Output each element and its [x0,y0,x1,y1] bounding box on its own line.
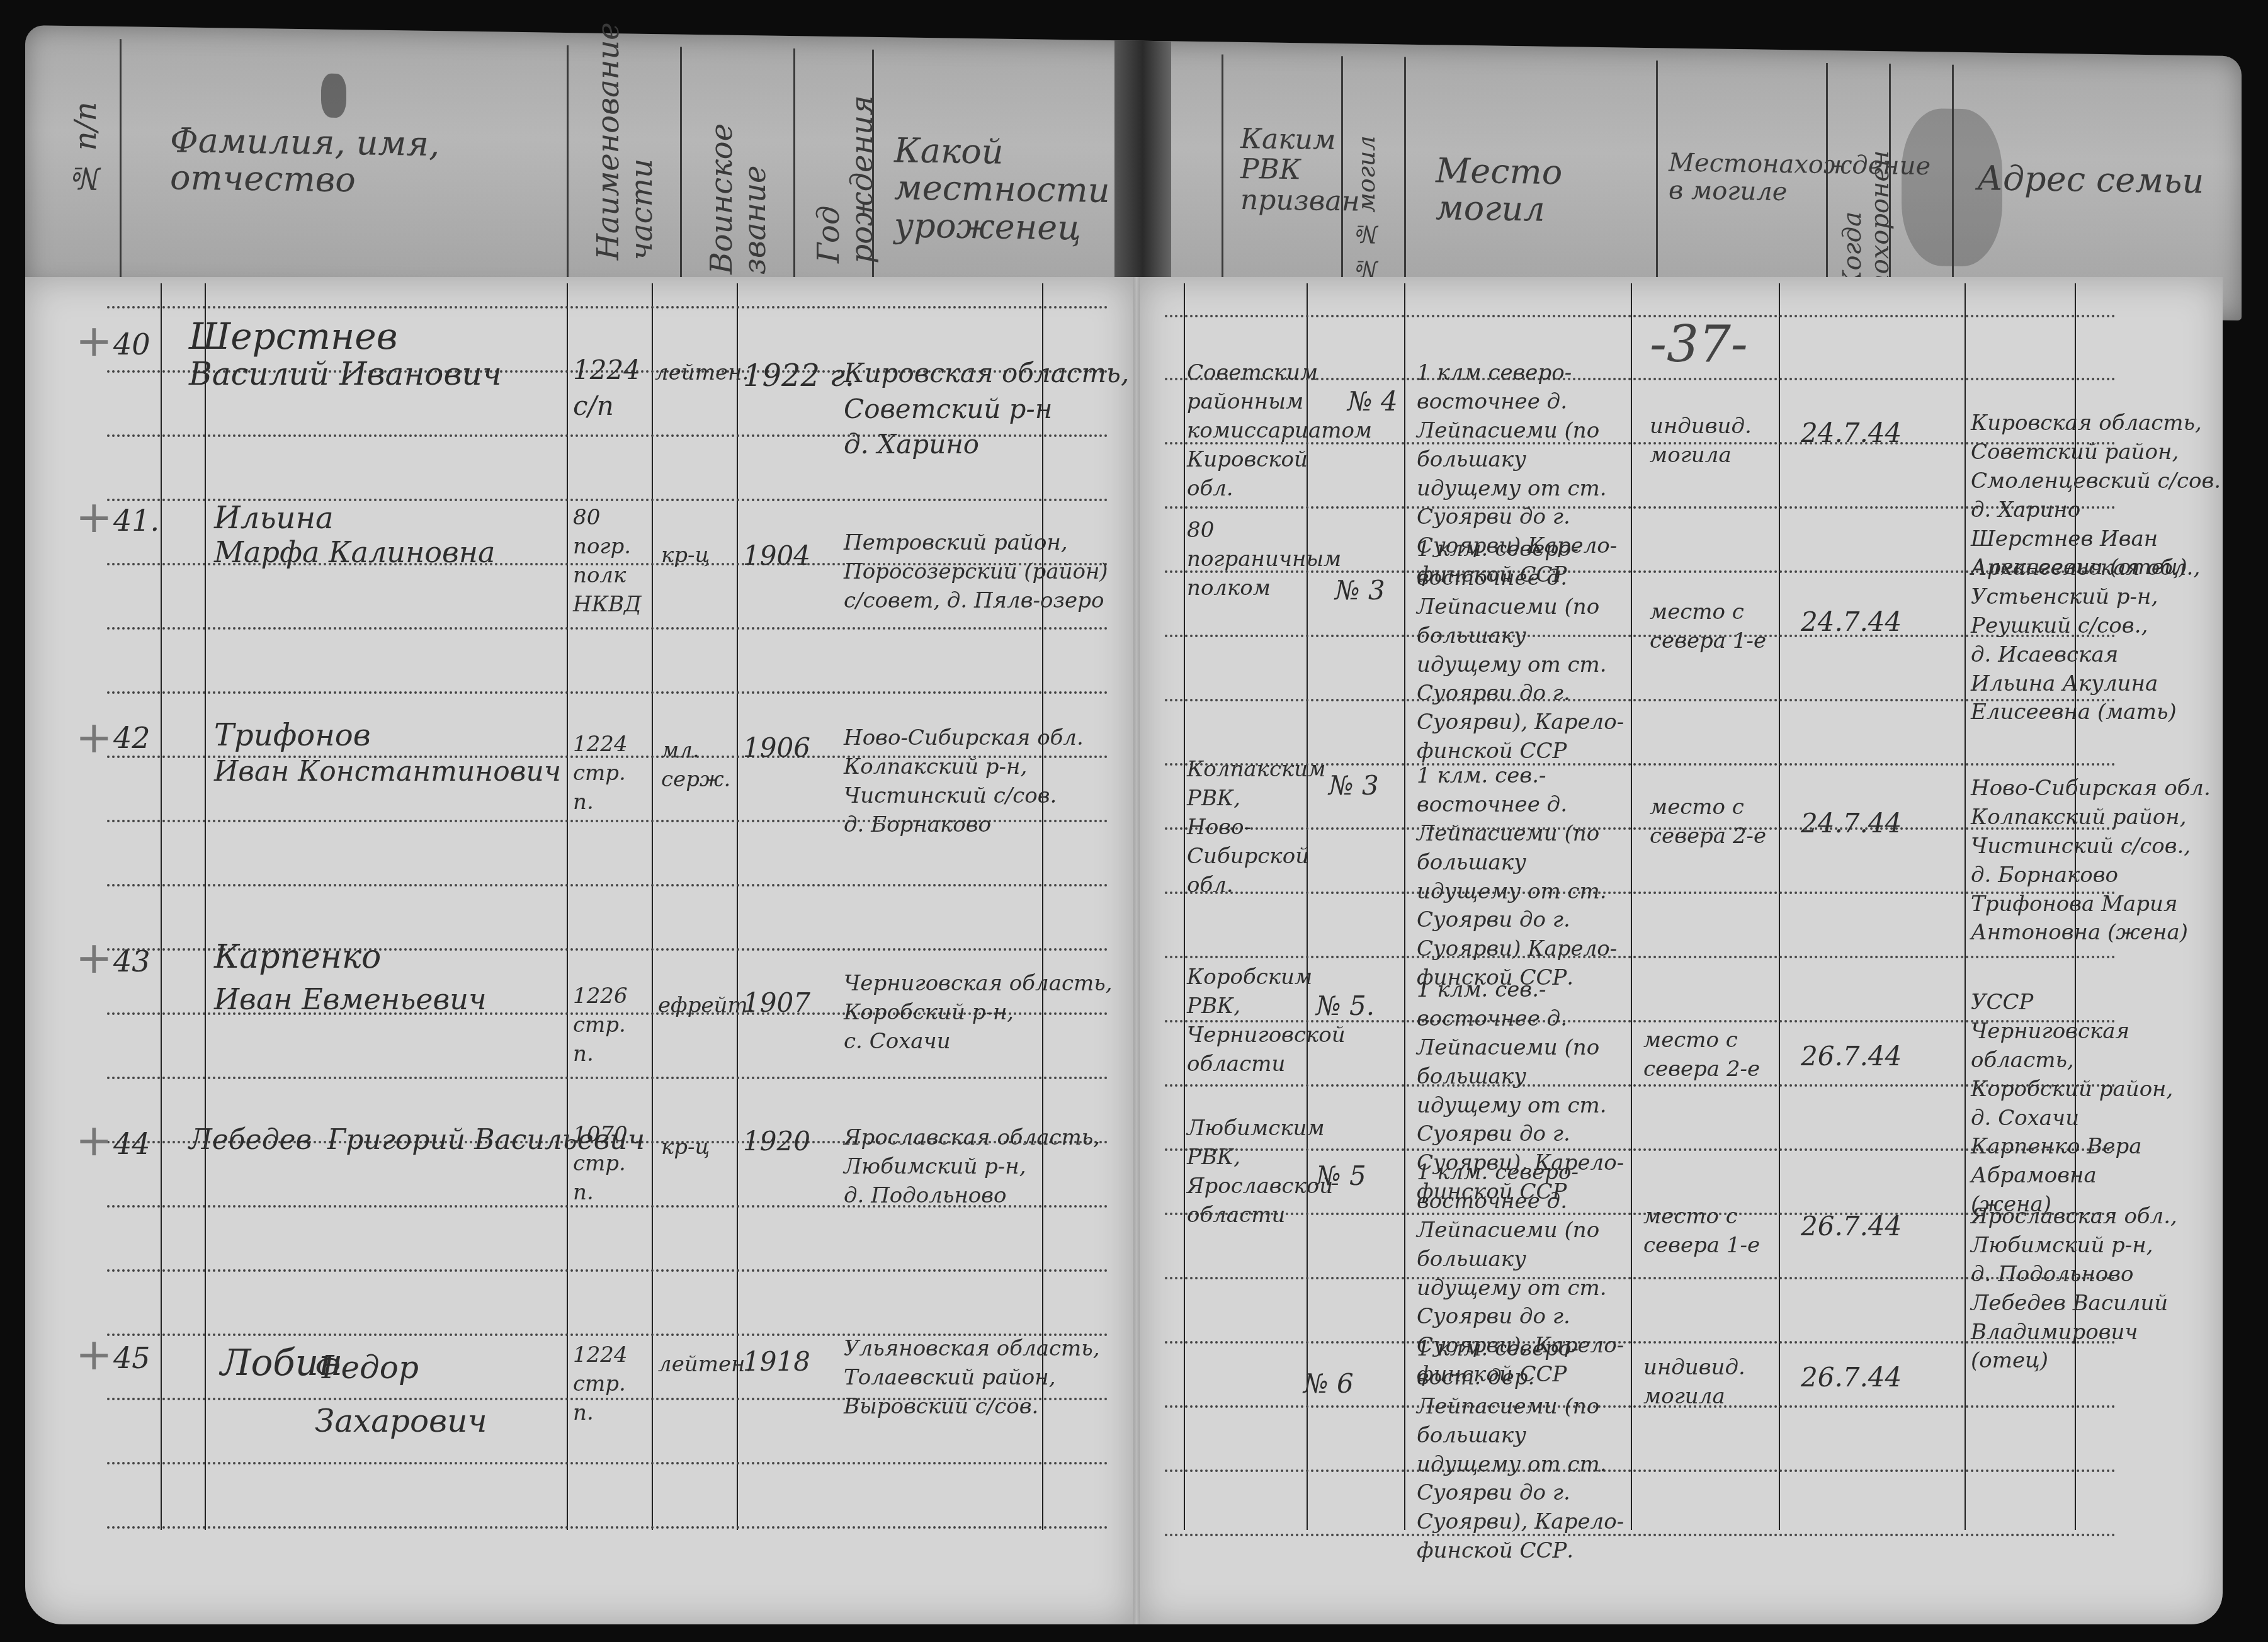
rank: мл. серж. [661,737,724,795]
grave-number: № 4 [1347,384,1398,420]
header-grave-place: Место могил [1436,152,1637,229]
ink-stain [321,74,346,118]
header-origin: Какой местности уроженец [894,132,1121,247]
burial-date: 26.7.44 [1801,1039,1902,1075]
pencil-cross-mark: + [76,932,113,983]
given-names: Василий Иванович [189,356,502,392]
unit: 1224 стр. п. [573,730,649,817]
pencil-cross-mark: + [76,491,113,543]
family-address: Ярославская обл., Любимский р-н, д. Подо… [1971,1203,2235,1376]
burial-date: 24.7.44 [1801,806,1902,842]
header-rvk: Каким РВК призван [1240,124,1335,217]
origin: Петровский район, Поросозерский (район) … [844,529,1146,616]
origin: Кировская область, Советский р-н д. Хари… [844,356,1146,463]
header-unit: Наименование части [592,71,659,261]
family-address: УССР Черниговская область, Коробский рай… [1971,988,2235,1220]
column-header-flap: № п/п Фамилия, имя, отчество Наименовани… [25,25,2242,320]
rvk: Советским районным комиссариатом Кировск… [1187,359,1303,503]
surname: Шерстнев [189,315,397,358]
origin: Ярославская область, Любимский р-н, д. П… [844,1124,1146,1211]
rvk: Любимским РВК, Ярославской области [1187,1114,1303,1230]
unit: 1224 стр. п. [573,1341,649,1428]
grave-number: № 5. [1316,988,1375,1024]
pencil-cross-mark: + [76,1114,113,1166]
record-number: 45 [113,1341,150,1375]
birth-year: 1922 г. [743,356,854,397]
grave-position: место с севера 2-е [1650,793,1776,851]
given-names: Федор Захарович [315,1341,554,1448]
left-page: + 40 Шерстнев Василий Иванович 1224 с/п … [25,277,1133,1624]
rank: кр-ц [661,541,710,570]
pencil-cross-mark: + [76,711,113,763]
rank: кр-ц [661,1133,710,1162]
surname: Карпенко [214,938,381,976]
page-number: -37- [1650,315,1748,373]
unit: 80 погр. полк НКВД [573,504,649,620]
birth-year: 1907 [743,985,810,1021]
header-grave-no: № № могил [1354,106,1380,283]
given-names: Марфа Калиновна [214,535,495,569]
book-spine [1114,40,1171,305]
grave-number: № 3 [1335,573,1385,609]
surname: Лебедев [189,1124,312,1156]
origin: Черниговская область, Коробский р-н, с. … [844,970,1146,1056]
grave-position: индивид. могила [1643,1354,1769,1412]
rvk: 80 пограничным полком [1187,516,1303,603]
given-names: Иван Евменьевич [214,982,487,1016]
birth-year: 1904 [743,538,810,574]
surname: Трифонов [214,718,371,753]
grave-position: место с севера 1-е [1643,1203,1769,1260]
unit: 1226 стр. п. [573,982,649,1069]
burial-date: 24.7.44 [1801,604,1902,640]
header-position: Местонахождение в могиле [1669,149,1820,206]
rvk: Коробским РВК, Черниговской области [1187,963,1303,1079]
rank: лейтен. [658,1350,752,1379]
grave-place: 1 клм. северо-вост. дер. Лейпасиеми (по … [1417,1335,1624,1566]
surname: Ильина [214,501,334,536]
header-birth-year: Год рождения [812,74,879,263]
record-number: 40 [113,327,150,361]
record-number: 42 [113,721,150,755]
rank: лейтен. [655,359,749,388]
grave-position: место с севера 1-е [1650,598,1776,656]
header-rank: Воинское звание [705,85,772,275]
grave-number: № 5 [1316,1158,1366,1194]
burial-date: 26.7.44 [1801,1209,1902,1245]
birth-year: 1918 [743,1344,810,1380]
given-names: Иван Константинович [214,756,561,788]
birth-year: 1920 [743,1124,810,1160]
family-address: Ново-Сибирская обл. Колпакский район, Чи… [1971,774,2235,948]
burial-date: 26.7.44 [1801,1360,1902,1396]
grave-position: место с севера 2-е [1643,1026,1769,1084]
burial-date: 24.7.44 [1801,416,1902,451]
header-name: Фамилия, имя, отчество [170,122,548,201]
record-number: 41. [113,504,159,538]
unit: 1224 с/п [573,353,649,424]
origin: Ново-Сибирская обл. Колпакский р-н, Чист… [844,724,1146,840]
header-date: Когда похоронен [1839,126,1894,290]
grave-place: 1 клм. северо-восточнее д. Лейпасиеми (п… [1417,535,1624,766]
origin: Ульяновская область, Толаевский район, В… [844,1335,1146,1422]
pencil-cross-mark: + [76,315,113,366]
header-address: Адрес семьи [1977,159,2216,200]
record-number: 43 [113,944,150,978]
family-address: Архангельская обл., Устьенский р-н, Реуш… [1971,554,2235,727]
pencil-cross-mark: + [76,1328,113,1380]
grave-position: индивид. могила [1650,412,1763,470]
record-number: 44 [113,1127,150,1161]
grave-number: № 6 [1303,1366,1354,1402]
grave-place: 1 клм. сев.-восточнее д. Лейпасиеми (по … [1417,762,1624,993]
rvk: Колпакским РВК, Ново-Сибирской обл. [1187,756,1303,900]
rank: ефрейт. [658,992,755,1021]
right-page: -37- Советским районным комиссариатом Ки… [1140,277,2223,1624]
header-no: № п/п [69,101,103,196]
unit: 1070 стр. п. [573,1121,649,1208]
grave-number: № 3 [1329,768,1379,804]
birth-year: 1906 [743,730,810,766]
